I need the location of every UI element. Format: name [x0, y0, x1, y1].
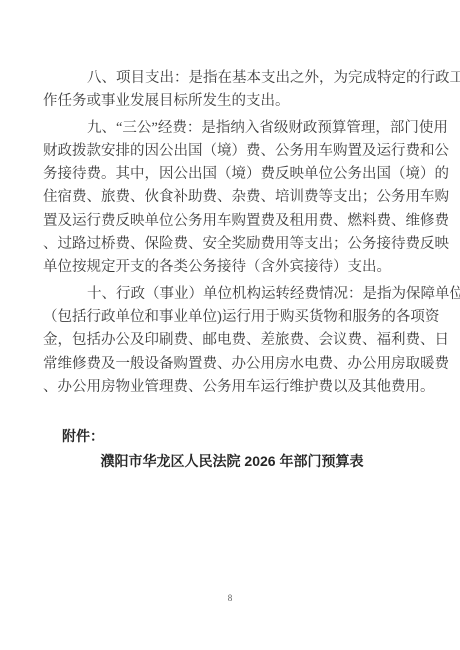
text-line: 、办公用房物业管理费、公务用车运行维护费以及其他费用。: [43, 376, 421, 399]
text-line: 八、项目支出：是指在基本支出之外，为完成特定的行政工: [43, 67, 421, 90]
page-number: 8: [0, 593, 460, 603]
paragraph: 八、项目支出：是指在基本支出之外，为完成特定的行政工作任务或事业发展目标所发生的…: [43, 67, 421, 114]
paragraph: 九、“三公”经费：是指纳入省级财政预算管理，部门使用财政拨款安排的因公出国（境）…: [43, 117, 421, 280]
document-body: 八、项目支出：是指在基本支出之外，为完成特定的行政工作任务或事业发展目标所发生的…: [43, 67, 421, 474]
text-line: 务接待费。其中，因公出国（境）费反映单位公务出国（境）的: [43, 163, 421, 186]
text-line: 住宿费、旅费、伙食补助费、杂费、培训费等支出；公务用车购: [43, 186, 421, 209]
text-line: 金，包括办公及印刷费、邮电费、差旅费、会议费、福利费、日: [43, 329, 421, 352]
text-line: 常维修费及一般设备购置费、办公用房水电费、办公用房取暖费: [43, 353, 421, 376]
text-line: 财政拨款安排的因公出国（境）费、公务用车购置及运行费和公: [43, 140, 421, 163]
text-line: 作任务或事业发展目标所发生的支出。: [43, 90, 421, 113]
text-line: （包括行政单位和事业单位)运行用于购买货物和服务的各项资: [43, 306, 421, 329]
document-page: 八、项目支出：是指在基本支出之外，为完成特定的行政工作任务或事业发展目标所发生的…: [0, 0, 460, 650]
attachment-title: 濮阳市华龙区人民法院 2026 年部门预算表: [43, 450, 421, 473]
attachment-label: 附件：: [62, 425, 421, 448]
paragraphs-container: 八、项目支出：是指在基本支出之外，为完成特定的行政工作任务或事业发展目标所发生的…: [43, 67, 421, 399]
text-line: 九、“三公”经费：是指纳入省级财政预算管理，部门使用: [43, 117, 421, 140]
paragraph: 十、行政（事业）单位机构运转经费情况：是指为保障单位（包括行政单位和事业单位)运…: [43, 283, 421, 399]
text-line: 、过路过桥费、保险费、安全奖励费用等支出；公务接待费反映: [43, 233, 421, 256]
text-line: 置及运行费反映单位公务用车购置费及租用费、燃料费、维修费: [43, 210, 421, 233]
text-line: 单位按规定开支的各类公务接待（含外宾接待）支出。: [43, 256, 421, 279]
text-line: 十、行政（事业）单位机构运转经费情况：是指为保障单位: [43, 283, 421, 306]
